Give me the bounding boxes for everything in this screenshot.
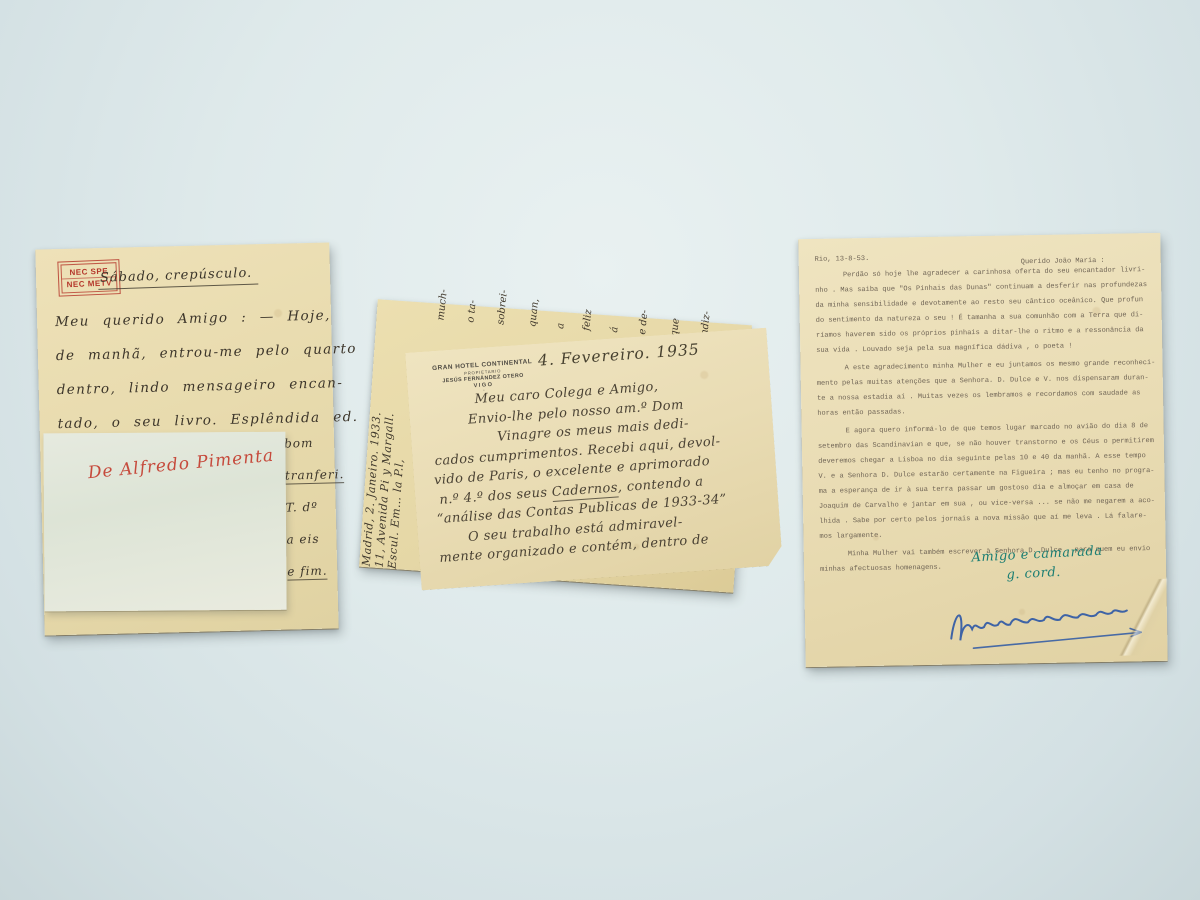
alfredo-pimenta-card: De Alfredo Pimenta (43, 432, 286, 612)
fragment: á (609, 326, 621, 333)
fragment: bom (284, 426, 355, 460)
photo-of-three-letters: NEC SPE NEC METV Sábado, crepúsculo. Meu… (0, 0, 1200, 900)
fragment: e fim. (287, 554, 358, 588)
left-letter-heading: Sábado, crepúsculo. (98, 266, 259, 290)
fragment: a (555, 322, 567, 329)
fragment: much- (436, 289, 450, 321)
left-letter-page: NEC SPE NEC METV Sábado, crepúsculo. Meu… (35, 242, 338, 635)
fragment: sobrei- (495, 289, 510, 325)
typed-paragraph-2: A este agradecimento minha Mulher e eu j… (800, 356, 1163, 422)
fragment: tranferi. (285, 458, 356, 492)
typed-letter-page: Rio, 13-8-53. Querido João Maria : Perdã… (798, 233, 1167, 667)
left-letter-body: Meu querido Amigo : — Hoje, de manhã, en… (55, 298, 358, 441)
typed-salutation: Querido João Maria : (1021, 254, 1105, 270)
typed-dateline: Rio, 13-8-53. (815, 252, 870, 268)
closing-note-line-2: g. cord. (1006, 563, 1104, 583)
fragment: o ta- (465, 300, 478, 324)
fragment-underlined: tranferi. (285, 467, 345, 484)
fragment-underlined: e fim. (287, 564, 328, 581)
typed-paragraph-1: Perdão só hoje lhe agradecer a carinhosa… (799, 263, 1163, 359)
fragment: feliz (581, 309, 594, 331)
card-inscription: De Alfredo Pimenta (87, 446, 275, 483)
hotel-letter-body: Meu caro Colega e Amigo, Envio-lhe pelo … (420, 370, 773, 569)
left-letter-edge-fragments: bom tranferi. T. dº a eis e fim. (284, 426, 358, 588)
gran-hotel-letter-page: GRAN HOTEL CONTINENTAL PROPIETARIO JESÚS… (405, 328, 783, 591)
handwritten-closing-note: Amigo e camarada g. cord. (971, 544, 1104, 585)
fragment: T. dº (285, 490, 356, 524)
fragment: a eis (286, 522, 357, 556)
fragment: quan, (527, 298, 541, 327)
paper-fold-crease (1115, 579, 1168, 656)
fragment: e de- (637, 309, 651, 335)
typed-paragraph-3: E agora quero informá-lo de que temos lu… (802, 419, 1166, 545)
letter-date: 4. Fevereiro. 1935 (537, 340, 700, 369)
